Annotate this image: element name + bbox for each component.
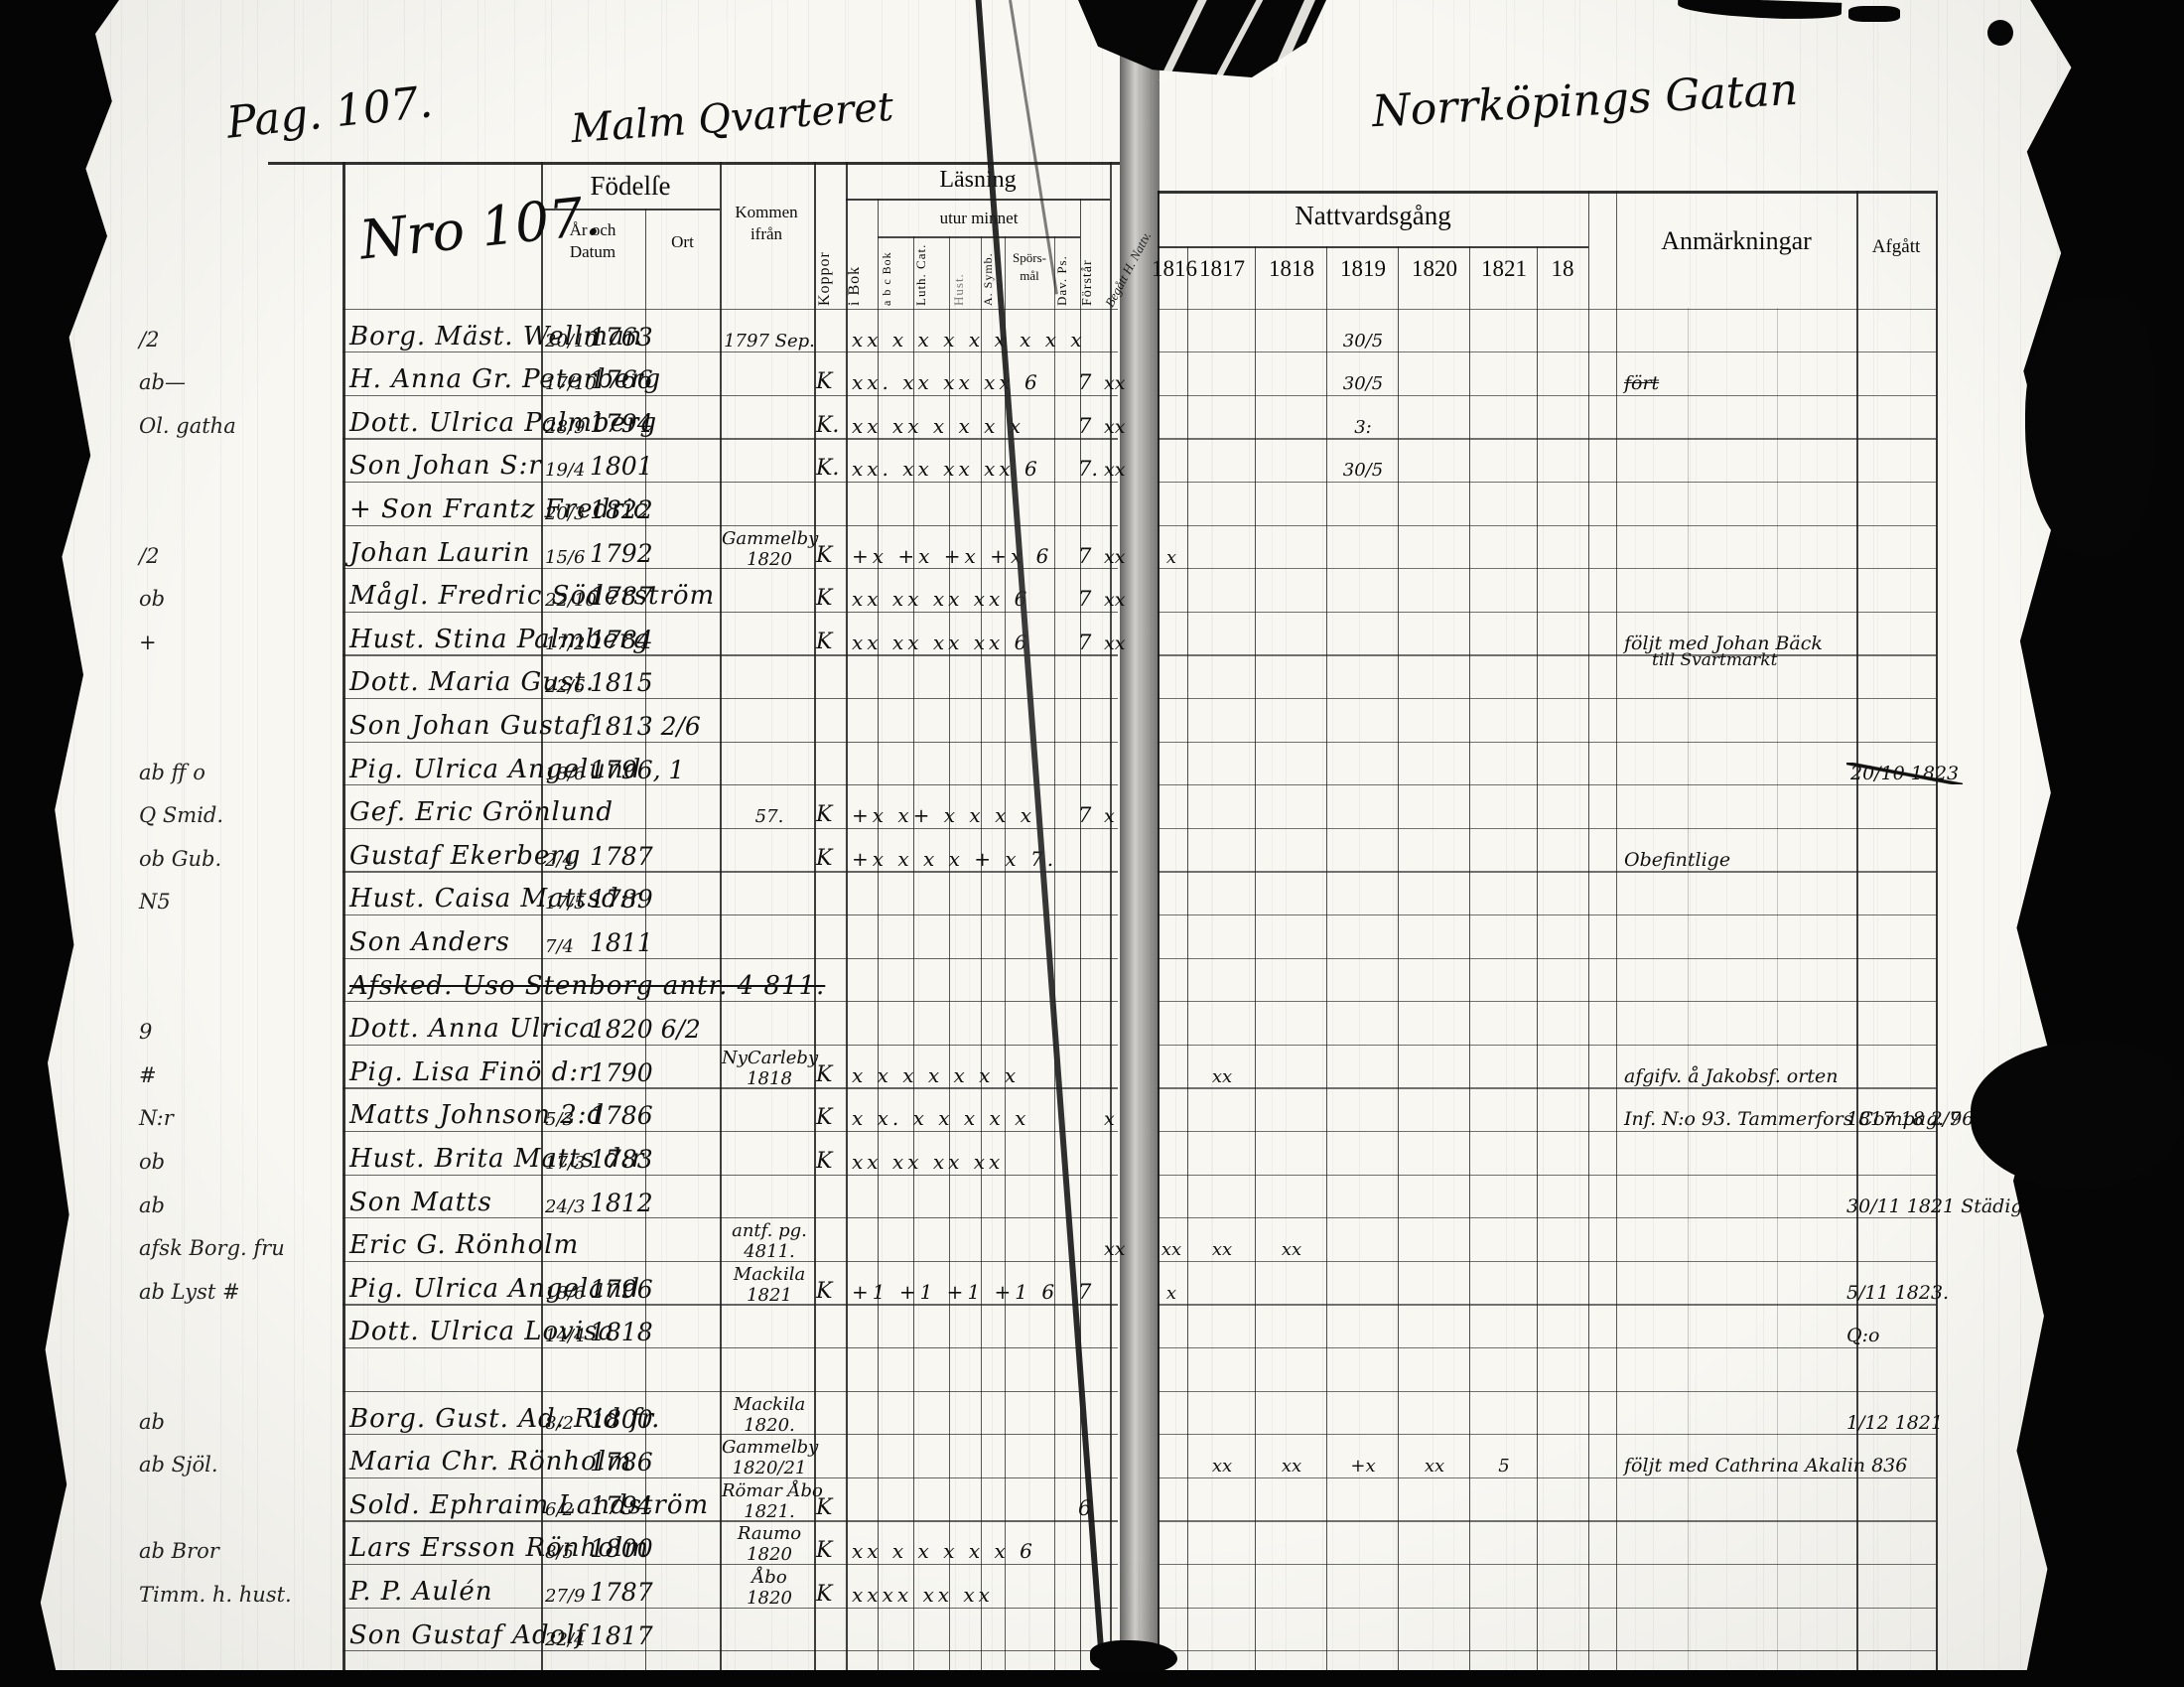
cell-y: 1817: [590, 1621, 653, 1650]
cell-n: Johan Laurin: [349, 538, 530, 568]
rule-line: [1158, 191, 1936, 194]
cell-d: 17/5: [545, 893, 585, 914]
ledger-row: Son Johan S:r19/41801K.xx. xx xx xx 67.x…: [0, 438, 2184, 482]
cell-m: ab Lyst #: [139, 1280, 240, 1304]
cell-d: 18/6: [545, 764, 585, 784]
cell-d: 2/4: [545, 850, 574, 871]
cell-m: ob: [139, 587, 165, 611]
header-abc-bok: a b c Bok: [880, 240, 913, 306]
header-ifran: ifrån: [719, 224, 814, 244]
cell-communion-1819: 30/5: [1330, 460, 1396, 481]
cell-communion-1817: xx: [1191, 1239, 1253, 1260]
cell-v: K: [816, 802, 832, 827]
cell-v: K: [816, 1538, 832, 1563]
cell-m: #: [139, 1063, 157, 1087]
cell-f: 7: [1078, 587, 1091, 611]
street-heading: Norrköpings Gatan: [1371, 65, 1799, 137]
cell-o: Mackila: [722, 1394, 817, 1415]
cell-o: antf. pg.: [722, 1220, 817, 1241]
cell-n: Son Johan S:r: [349, 451, 542, 481]
cell-f: 7: [1078, 1280, 1091, 1304]
cell-a: afgifv. å Jakobsf. orten: [1624, 1065, 1838, 1087]
ledger-row: obMågl. Fredric Söderström22/101787Kxx x…: [0, 568, 2184, 612]
ledger-row: ab—H. Anna Gr. Peterberg17/101766Kxx. xx…: [0, 351, 2184, 395]
cell-r: xx xx xx xx 6: [852, 631, 1030, 654]
cell-f: 7: [1078, 544, 1091, 568]
cell-d: 22/4: [545, 1629, 585, 1650]
cell-m: Timm. h. hust.: [139, 1583, 292, 1607]
cell-r: xx xx xx xx: [852, 1150, 1004, 1174]
quarter-heading: Malm Qvarteret: [570, 84, 895, 153]
cell-n: Afsked. Uso Stenborg antr. 4 811.: [349, 971, 825, 1001]
cell-d: 8/5: [545, 1542, 574, 1563]
header-i-bok: i Bok: [846, 211, 878, 306]
cell-v: K.: [816, 413, 839, 438]
cell-m: ob Gub.: [139, 847, 221, 871]
cell-y: 1794: [590, 1491, 653, 1520]
rule-line: [878, 236, 1080, 238]
cell-communion-1819: 30/5: [1330, 373, 1396, 394]
cell-m: +: [139, 631, 157, 654]
cell-e: x: [1104, 805, 1115, 827]
ledger-row: /2Johan Laurin15/61792Gammelby1820K+x +x…: [0, 525, 2184, 569]
ledger-row: Afsked. Uso Stenborg antr. 4 811.: [0, 958, 2184, 1002]
cell-o: Römar Åbo: [722, 1480, 817, 1501]
cell-y: 1783: [590, 1145, 653, 1174]
cell-y: 1800: [590, 1534, 653, 1563]
header-hust: Hust.: [951, 240, 981, 306]
scan-blot-right-middle: [1971, 1041, 2184, 1190]
cell-m: ab: [139, 1410, 165, 1434]
scan-mark-top-right-1: [1678, 0, 1843, 21]
cell-a: Obefintlige: [1624, 849, 1730, 871]
book-gutter-shadow: [1120, 0, 1160, 1687]
year-column-label: 1817: [1191, 256, 1253, 282]
cell-f: 7: [1078, 803, 1091, 827]
cell-m: /2: [139, 544, 159, 568]
ledger-row: abSon Matts24/3181230/11 1821 Städig: [0, 1175, 2184, 1218]
cell-v: K: [816, 846, 832, 871]
cell-y: 1815: [590, 668, 653, 697]
header-sporsmal-1: Spörs-: [1005, 250, 1054, 266]
cell-a: fört: [1624, 372, 1659, 394]
header-koppor: Koppor: [816, 199, 846, 306]
cell-r: xx x x x x x 6: [852, 1539, 1036, 1563]
cell-r: x x. x x x x x: [852, 1106, 1029, 1130]
cell-r: x x x x x x x: [852, 1063, 1020, 1087]
cell-d: 22/6: [545, 676, 585, 697]
cell-o2: 1820: [722, 1544, 817, 1565]
cell-o2: 1818: [722, 1068, 817, 1089]
header-kommen: Kommen: [719, 203, 814, 222]
cell-d: 17/2: [545, 633, 585, 654]
ledger-row: N:rMatts Johnson 2:d5/31786Kx x. x x x x…: [0, 1087, 2184, 1131]
cell-n: Eric G. Rönholm: [349, 1230, 579, 1260]
ledger-row: obHust. Brita Matts d:r17/31783Kxx xx xx…: [0, 1131, 2184, 1175]
cell-r: xx xx x x x x: [852, 414, 1024, 438]
cell-d: 20/3: [545, 503, 585, 524]
cell-f: 7: [1078, 631, 1091, 654]
cell-n: Mågl. Fredric Söderström: [349, 581, 715, 611]
cell-o2: 1820: [722, 1588, 817, 1609]
cell-y: 1787: [590, 1578, 653, 1607]
cell-d: 18/6: [545, 1283, 585, 1304]
cell-af: 1/12 1821: [1846, 1412, 1943, 1434]
cell-r: xx. xx xx xx 6: [852, 370, 1041, 394]
cell-m: ob: [139, 1150, 165, 1174]
header-sporsmal-2: mål: [1005, 268, 1054, 284]
cell-m: Ol. gatha: [139, 414, 236, 438]
header-fodelse: Födelſe: [541, 171, 720, 202]
cell-o2: 1820.: [722, 1415, 817, 1436]
ledger-row: /2Borg. Mäst. Wellman20/1017631797 Sep.x…: [0, 309, 2184, 352]
year-column-label: 18: [1541, 256, 1584, 282]
cell-f: 7.: [1078, 457, 1098, 481]
header-lasning: Läsning: [846, 167, 1110, 194]
cell-d: 14/4: [545, 1326, 585, 1346]
header-datum: Datum: [544, 242, 641, 262]
cell-y: 1787: [590, 842, 653, 871]
cell-m: 9: [139, 1020, 152, 1044]
cell-communion-1819: 30/5: [1330, 331, 1396, 351]
cell-d: 27/9: [545, 1586, 585, 1607]
cell-f: 7: [1078, 370, 1091, 394]
cell-o2: 1821.: [722, 1501, 817, 1522]
cell-v: K: [816, 369, 832, 394]
cell-y: 1813 2/6: [590, 712, 701, 741]
scan-edge-right: [2013, 0, 2184, 1687]
cell-v: K.: [816, 456, 839, 481]
cell-r: xx xx xx xx 6: [852, 587, 1030, 611]
ledger-row: Son Anders7/41811: [0, 914, 2184, 958]
cell-communion-1820: xx: [1402, 1456, 1467, 1476]
cell-m: Q Smid.: [139, 803, 223, 827]
ledger-row: #Pig. Lisa Finö d:r1790NyCarleby1818Kx x…: [0, 1045, 2184, 1088]
cell-v: K: [816, 1495, 832, 1520]
cell-o: Raumo: [722, 1523, 817, 1544]
cell-o2: 1820/21: [722, 1458, 817, 1478]
cell-y: 1790: [590, 1058, 653, 1087]
ledger-row: [0, 1347, 2184, 1391]
header-utur-minnet: utur minnet: [878, 209, 1080, 228]
header-afgatt: Afgått: [1856, 236, 1936, 258]
year-column-label: 1820: [1402, 256, 1467, 282]
cell-n: Gef. Eric Grönlund: [349, 797, 614, 827]
ledger-row: ab Lyst #Pig. Ulrica Angeland18/61796Mac…: [0, 1261, 2184, 1305]
cell-v: K: [816, 543, 832, 568]
cell-d: 8/2: [545, 1413, 574, 1434]
cell-y: 1786: [590, 1448, 653, 1476]
cell-r: +1 +1 +1 +1 6: [852, 1280, 1058, 1304]
cell-af: Q:o: [1846, 1325, 1879, 1346]
cell-communion-1819: +x: [1330, 1456, 1396, 1476]
cell-communion-1818: xx: [1259, 1239, 1324, 1260]
cell-m: ab: [139, 1194, 165, 1217]
cell-af: 30/11 1821 Städig: [1846, 1195, 2023, 1217]
scan-mark-top-right-2: [1848, 6, 1900, 22]
cell-n: Pig. Lisa Finö d:r: [349, 1057, 593, 1087]
ledger-row: N5Hust. Caisa Mattsd:r17/51789: [0, 871, 2184, 914]
cell-a: följt med Cathrina Akalin 836: [1624, 1455, 1907, 1476]
header-anmarkningar: Anmärkningar: [1616, 226, 1856, 256]
cell-m: /2: [139, 328, 159, 351]
cell-r: xxxx xx xx: [852, 1583, 994, 1607]
year-column-label: 1821: [1473, 256, 1535, 282]
cell-d: 15/6: [545, 547, 585, 568]
cell-m: N5: [139, 890, 171, 914]
cell-n: Son Matts: [349, 1188, 492, 1217]
cell-y: 1794: [590, 409, 653, 438]
cell-af: 20/10 1823: [1846, 763, 1963, 784]
cell-d: 6/2: [545, 1499, 574, 1520]
header-luth-cat: Luth. Cat.: [913, 240, 949, 306]
header-ort: Ort: [645, 232, 720, 252]
cell-v: K: [816, 1582, 832, 1607]
cell-o2: 1820: [722, 549, 817, 570]
cell-n: Dott. Anna Ulrica: [349, 1014, 596, 1044]
cell-v: K: [816, 1062, 832, 1087]
cell-v: K: [816, 1279, 832, 1304]
bottom-gutter-blot: [1090, 1640, 1177, 1674]
cell-o: NyCarleby: [722, 1048, 817, 1068]
cell-af: 1817 18 2/7: [1846, 1108, 1961, 1130]
cell-o: Gammelby: [722, 1437, 817, 1458]
cell-m: ab Sjöl.: [139, 1453, 218, 1476]
cell-communion-1821: 5: [1473, 1456, 1535, 1476]
header-dav-ps: Dav. Ps.: [1054, 240, 1080, 306]
cell-v: K: [816, 1149, 832, 1174]
cell-d: 28/9: [545, 417, 585, 438]
cell-o: Gammelby: [722, 528, 817, 549]
cell-f: 7: [1078, 414, 1091, 438]
cell-n: Sold. Ephraim Landström: [349, 1490, 709, 1520]
ledger-row: Ol. gathaDott. Ulrica Palmberg28/91794K.…: [0, 395, 2184, 439]
cell-y: 1763: [590, 323, 653, 351]
cell-n: P. P. Aulén: [349, 1577, 492, 1607]
cell-y: 1796: [590, 1275, 653, 1304]
cell-y: 1766: [590, 365, 653, 394]
cell-d: 17/3: [545, 1153, 585, 1174]
ledger-row: +Hust. Stina Palmberg17/21784Kxx xx xx x…: [0, 612, 2184, 655]
year-column-label: 1818: [1259, 256, 1324, 282]
cell-y: 1792: [590, 539, 653, 568]
header-ar-och: År och: [544, 220, 641, 240]
cell-v: K: [816, 1105, 832, 1130]
ledger-row: + Son Frantz Fredric20/31822: [0, 482, 2184, 525]
cell-y: 1796, 1: [590, 756, 684, 784]
ledger-row: afsk Borg. fruEric G. Rönholmantf. pg.48…: [0, 1217, 2184, 1261]
cell-d: 19/4: [545, 460, 585, 481]
cell-n: Son Johan Gustaf: [349, 711, 592, 741]
rule-line: [1158, 246, 1588, 248]
cell-m: N:r: [139, 1106, 174, 1130]
cell-y: 1786: [590, 1101, 653, 1130]
cell-communion-1818: xx: [1259, 1456, 1324, 1476]
cell-y: 1812: [590, 1189, 653, 1217]
cell-y: 1801: [590, 452, 653, 481]
cell-d: 24/3: [545, 1196, 585, 1217]
page-number-heading: Pag. 107.: [224, 76, 435, 148]
cell-y: 1787: [590, 582, 653, 611]
cell-m: ab Bror: [139, 1539, 219, 1563]
cell-y: 1822: [590, 495, 653, 524]
cell-m: ab ff o: [139, 761, 205, 784]
ledger-row: ab ff oPig. Ulrica Angelund18/61796, 120…: [0, 742, 2184, 785]
rule-line: [846, 199, 1110, 201]
cell-o: 1797 Sep.: [722, 331, 817, 351]
cell-r: +x x+ x x x x: [852, 803, 1035, 827]
cell-o2: 1821: [722, 1285, 817, 1306]
cell-o: Åbo: [722, 1567, 817, 1588]
year-column-label: 1819: [1330, 256, 1396, 282]
cell-v: K: [816, 586, 832, 611]
cell-communion-1817: xx: [1191, 1456, 1253, 1476]
scan-edge-bottom: [0, 1670, 2184, 1687]
cell-v: K: [816, 630, 832, 654]
ledger-row: Son Johan Gustaf1813 2/6: [0, 698, 2184, 742]
cell-y: 1811: [590, 928, 653, 957]
ledger-row: Dott. Ulrica Lovisa14/41818Q:o: [0, 1304, 2184, 1347]
cell-r: xx x x x x x x x x: [852, 328, 1086, 351]
ledger-row: Q Smid.Gef. Eric Grönlund57.K+x x+ x x x…: [0, 784, 2184, 828]
cell-y: 1784: [590, 626, 653, 654]
scan-blot-right-upper: [2025, 298, 2154, 556]
church-ledger-scan: Pag. 107. Malm Qvarteret Norrköpings Gat…: [0, 0, 2184, 1687]
ledger-row: Dott. Maria Gust.22/61815: [0, 654, 2184, 698]
cell-communion-1817: xx: [1191, 1066, 1253, 1087]
header-nattvardsgang: Nattvardsgång: [1158, 201, 1588, 231]
cell-y: 1820 6/2: [590, 1015, 701, 1044]
cell-y: 1789: [590, 885, 653, 914]
cell-d: 7/4: [545, 936, 574, 957]
ledger-row: Son Gustaf Adolf22/41817: [0, 1608, 2184, 1651]
cell-m: afsk Borg. fru: [139, 1236, 285, 1260]
cell-o: 57.: [722, 806, 817, 827]
ledger-row: 9Dott. Anna Ulrica1820 6/2: [0, 1001, 2184, 1045]
cell-communion-1819: 3:: [1330, 417, 1396, 438]
cell-r: +x x x x + x 7.: [852, 847, 1057, 871]
cell-o2: 4811.: [722, 1241, 817, 1262]
scan-mark-top-right-3: [1987, 20, 2013, 46]
ledger-row: abBorg. Gust. Ad. Rid fr.8/21800Mackila1…: [0, 1391, 2184, 1435]
cell-m: ab—: [139, 370, 186, 394]
cell-e: x: [1104, 1108, 1115, 1130]
cell-af: 5/11 1823.: [1846, 1282, 1949, 1304]
cell-y: 1818: [590, 1318, 653, 1346]
cell-d: 5/3: [545, 1109, 574, 1130]
cell-y: 1800: [590, 1405, 653, 1434]
ledger-row: ob Gub.Gustaf Ekerberg2/41787K+x x x x +…: [0, 828, 2184, 872]
ledger-row: ab Sjöl.Maria Chr. Rönholm1786Gammelby18…: [0, 1434, 2184, 1477]
cell-o: Mackila: [722, 1264, 817, 1285]
cell-n: Son Anders: [349, 927, 510, 957]
